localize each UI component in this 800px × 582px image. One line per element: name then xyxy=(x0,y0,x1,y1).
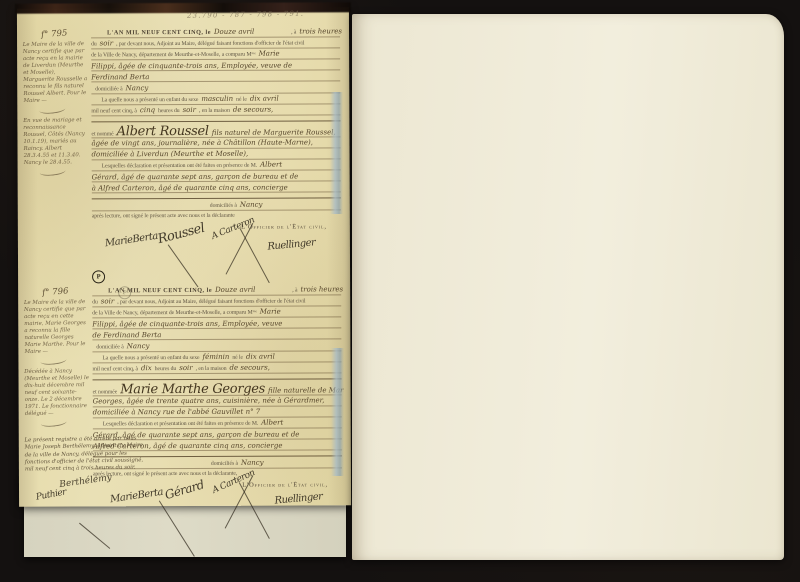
act-line: et nomméeMarie Marthe Georgesfille natur… xyxy=(93,381,344,397)
handwritten-text: soir xyxy=(101,297,114,305)
handwritten-text: Nancy xyxy=(240,201,263,209)
printed-form-text: , par devant nous, Adjoint au Maire, dél… xyxy=(117,299,305,306)
blank-rule xyxy=(152,347,343,348)
printed-form-text: né le xyxy=(232,355,243,361)
handwritten-text: Nancy xyxy=(126,84,149,92)
printed-form-text: mil neuf cent cinq, à xyxy=(92,367,138,373)
printed-form-text: de la Ville de Nancy, département de Meu… xyxy=(91,52,256,59)
margin-note: Décédée à Nancy (Meurthe et Moselle) le … xyxy=(24,368,90,418)
act-line: mil neuf cent cinq, àcinqheures dusoir, … xyxy=(91,106,342,118)
blank-rule xyxy=(152,78,342,79)
right-blank-page xyxy=(352,14,784,560)
handwritten-text: dix avril xyxy=(246,353,275,361)
pencil-annotation: 23.790 - 787 - 798 - 791. xyxy=(187,10,304,20)
printed-form-text: mil neuf cent cinq, à xyxy=(91,109,137,115)
handwritten-text: Filippi, âgée de cinquante-trois ans, Em… xyxy=(91,61,292,70)
handwritten-text: dix avril xyxy=(250,95,279,103)
handwritten-text: âgée de vingt ans, journalière, née à Ch… xyxy=(91,138,313,147)
printed-form-text: heures du xyxy=(158,108,180,114)
handwritten-text: Ferdinand Berta xyxy=(91,73,149,81)
handwritten-text: soir xyxy=(183,106,196,114)
printed-form-text: du xyxy=(91,42,97,48)
printed-form-text: né le xyxy=(236,97,247,103)
printed-form-text: après lecture, ont signé le présent acte… xyxy=(92,212,235,219)
margin-note-signature xyxy=(39,104,66,115)
form-divider-rule xyxy=(91,120,340,122)
margin-note: Le Maire de la ville de Nancy certifie q… xyxy=(23,41,89,105)
margin-note: Le Maire de la ville de Nancy certifie q… xyxy=(24,299,90,356)
printed-form-text: domiciliée à xyxy=(96,344,123,350)
birth-act-796: f° 796Le Maire de la ville de Nancy cert… xyxy=(18,285,351,538)
handwritten-text: Marie xyxy=(259,50,280,58)
handwritten-text: Douze avril xyxy=(214,28,254,36)
handwritten-text: cinq xyxy=(140,106,155,114)
printed-form-text: domiciliés à xyxy=(210,203,237,209)
handwritten-text: trois heures xyxy=(299,27,342,35)
printed-form-text: L'Officier de l'État civil, xyxy=(242,481,328,488)
folio-number: f° 796 xyxy=(42,285,90,298)
binding-tape-upper xyxy=(330,92,343,214)
closing-note-text: Le présent registre a été arrêté par nou… xyxy=(24,435,143,472)
handwritten-text: domiciliée à Liverdun (Meurthe et Mosell… xyxy=(92,150,249,159)
printed-form-text: domiciliée à xyxy=(95,86,122,92)
handwritten-text: Marie Marthe Georges xyxy=(120,382,265,398)
handwritten-text: domiciliée à Nancy rue de l'abbé Gauvill… xyxy=(93,408,261,417)
birth-act-795: f° 795Le Maire de la ville de Nancy cert… xyxy=(17,27,350,286)
handwritten-text: Albert xyxy=(261,419,283,427)
handwritten-text: fils naturel de Marguerite Roussel, xyxy=(212,128,336,137)
handwritten-text: féminin xyxy=(202,353,229,361)
photographed-register-spread: 23.790 - 787 - 798 - 791. f° 795Le Maire… xyxy=(0,0,800,582)
handwritten-text: masculin xyxy=(201,95,233,103)
printed-form-text: , par devant nous, Adjoint au Maire, dél… xyxy=(116,41,304,48)
printed-form-text: La quelle nous a présenté un enfant du s… xyxy=(101,97,198,103)
printed-form-text: L'AN MIL NEUF CENT CINQ, le xyxy=(107,29,211,36)
printed-form-text: La quelle nous a présenté un enfant du s… xyxy=(102,355,199,361)
handwritten-text: de Ferdinand Berta xyxy=(92,331,161,339)
printed-form-text: , à xyxy=(291,30,296,36)
handwritten-text: dix xyxy=(141,364,152,372)
act-line: et nomméAlbert Rousselfils naturel de Ma… xyxy=(91,123,342,139)
blank-rule xyxy=(151,89,342,90)
handwritten-text: à Alfred Carteron, âgé de quarante cinq … xyxy=(92,183,288,192)
printed-form-text: Lesquelles déclaration et présentation o… xyxy=(102,163,258,170)
act-795-margin-column: f° 795Le Maire de la ville de Nancy cert… xyxy=(17,28,92,286)
margin-note-signature xyxy=(39,166,66,177)
handwritten-text: de secours, xyxy=(229,364,269,372)
margin-note-signature xyxy=(40,417,67,428)
act-796-margin-column: f° 796Le Maire de la ville de Nancy cert… xyxy=(18,286,93,538)
handwritten-text: Marie xyxy=(260,308,281,316)
printed-form-text: heures du xyxy=(155,366,177,372)
handwritten-text: Douze avril xyxy=(215,286,255,294)
register-closing-note: Le présent registre a été arrêté par nou… xyxy=(24,435,145,489)
printed-form-text: , en la maison xyxy=(196,366,227,372)
printed-form-text: , en la maison xyxy=(199,108,230,114)
margin-note: En vue de mariage et reconnaissance Rous… xyxy=(23,117,89,167)
handwritten-text: Gérard, âgé de quarante sept ans, garçon… xyxy=(92,172,299,181)
form-divider-rule xyxy=(92,197,341,199)
handwritten-text: Nancy xyxy=(127,342,150,350)
handwritten-text: Nancy xyxy=(241,459,264,467)
handwritten-text: Georges, âgée de trente quatre ans, cuis… xyxy=(93,396,325,405)
act-line: à Alfred Carteron, âgé de quarante cinq … xyxy=(92,183,343,195)
handwritten-text: de secours, xyxy=(233,106,273,114)
left-register-page: 23.790 - 787 - 798 - 791. f° 795Le Maire… xyxy=(17,7,351,506)
printed-form-text: du xyxy=(92,300,98,306)
folio-number: f° 795 xyxy=(41,27,89,40)
printed-form-text: domiciliés à xyxy=(211,461,238,467)
margin-note-signature xyxy=(40,355,67,366)
handwritten-text: soir xyxy=(179,364,192,372)
binding-tape-lower xyxy=(331,348,344,476)
printed-form-text: , à xyxy=(292,288,297,294)
printed-form-text: et nommée xyxy=(93,389,118,395)
printed-form-text: de la Ville de Nancy, département de Meu… xyxy=(92,310,257,317)
printed-form-text: Lesquelles déclaration et présentation o… xyxy=(103,421,259,428)
handwritten-text: trois heures xyxy=(300,285,343,293)
act-line: mil neuf cent cinq, àdixheures dusoir, e… xyxy=(92,364,343,376)
handwritten-text: Filippi, âgée de cinquante-trois ans, Em… xyxy=(92,319,282,328)
printed-form-text: et nommé xyxy=(91,131,113,137)
handwritten-text: Albert xyxy=(260,161,282,169)
circled-p-stamp: P xyxy=(92,270,105,283)
handwritten-text: soir xyxy=(100,39,113,47)
handwritten-text: Albert Roussel xyxy=(117,124,209,139)
blank-rule xyxy=(164,336,343,337)
form-divider-rule xyxy=(93,378,342,380)
